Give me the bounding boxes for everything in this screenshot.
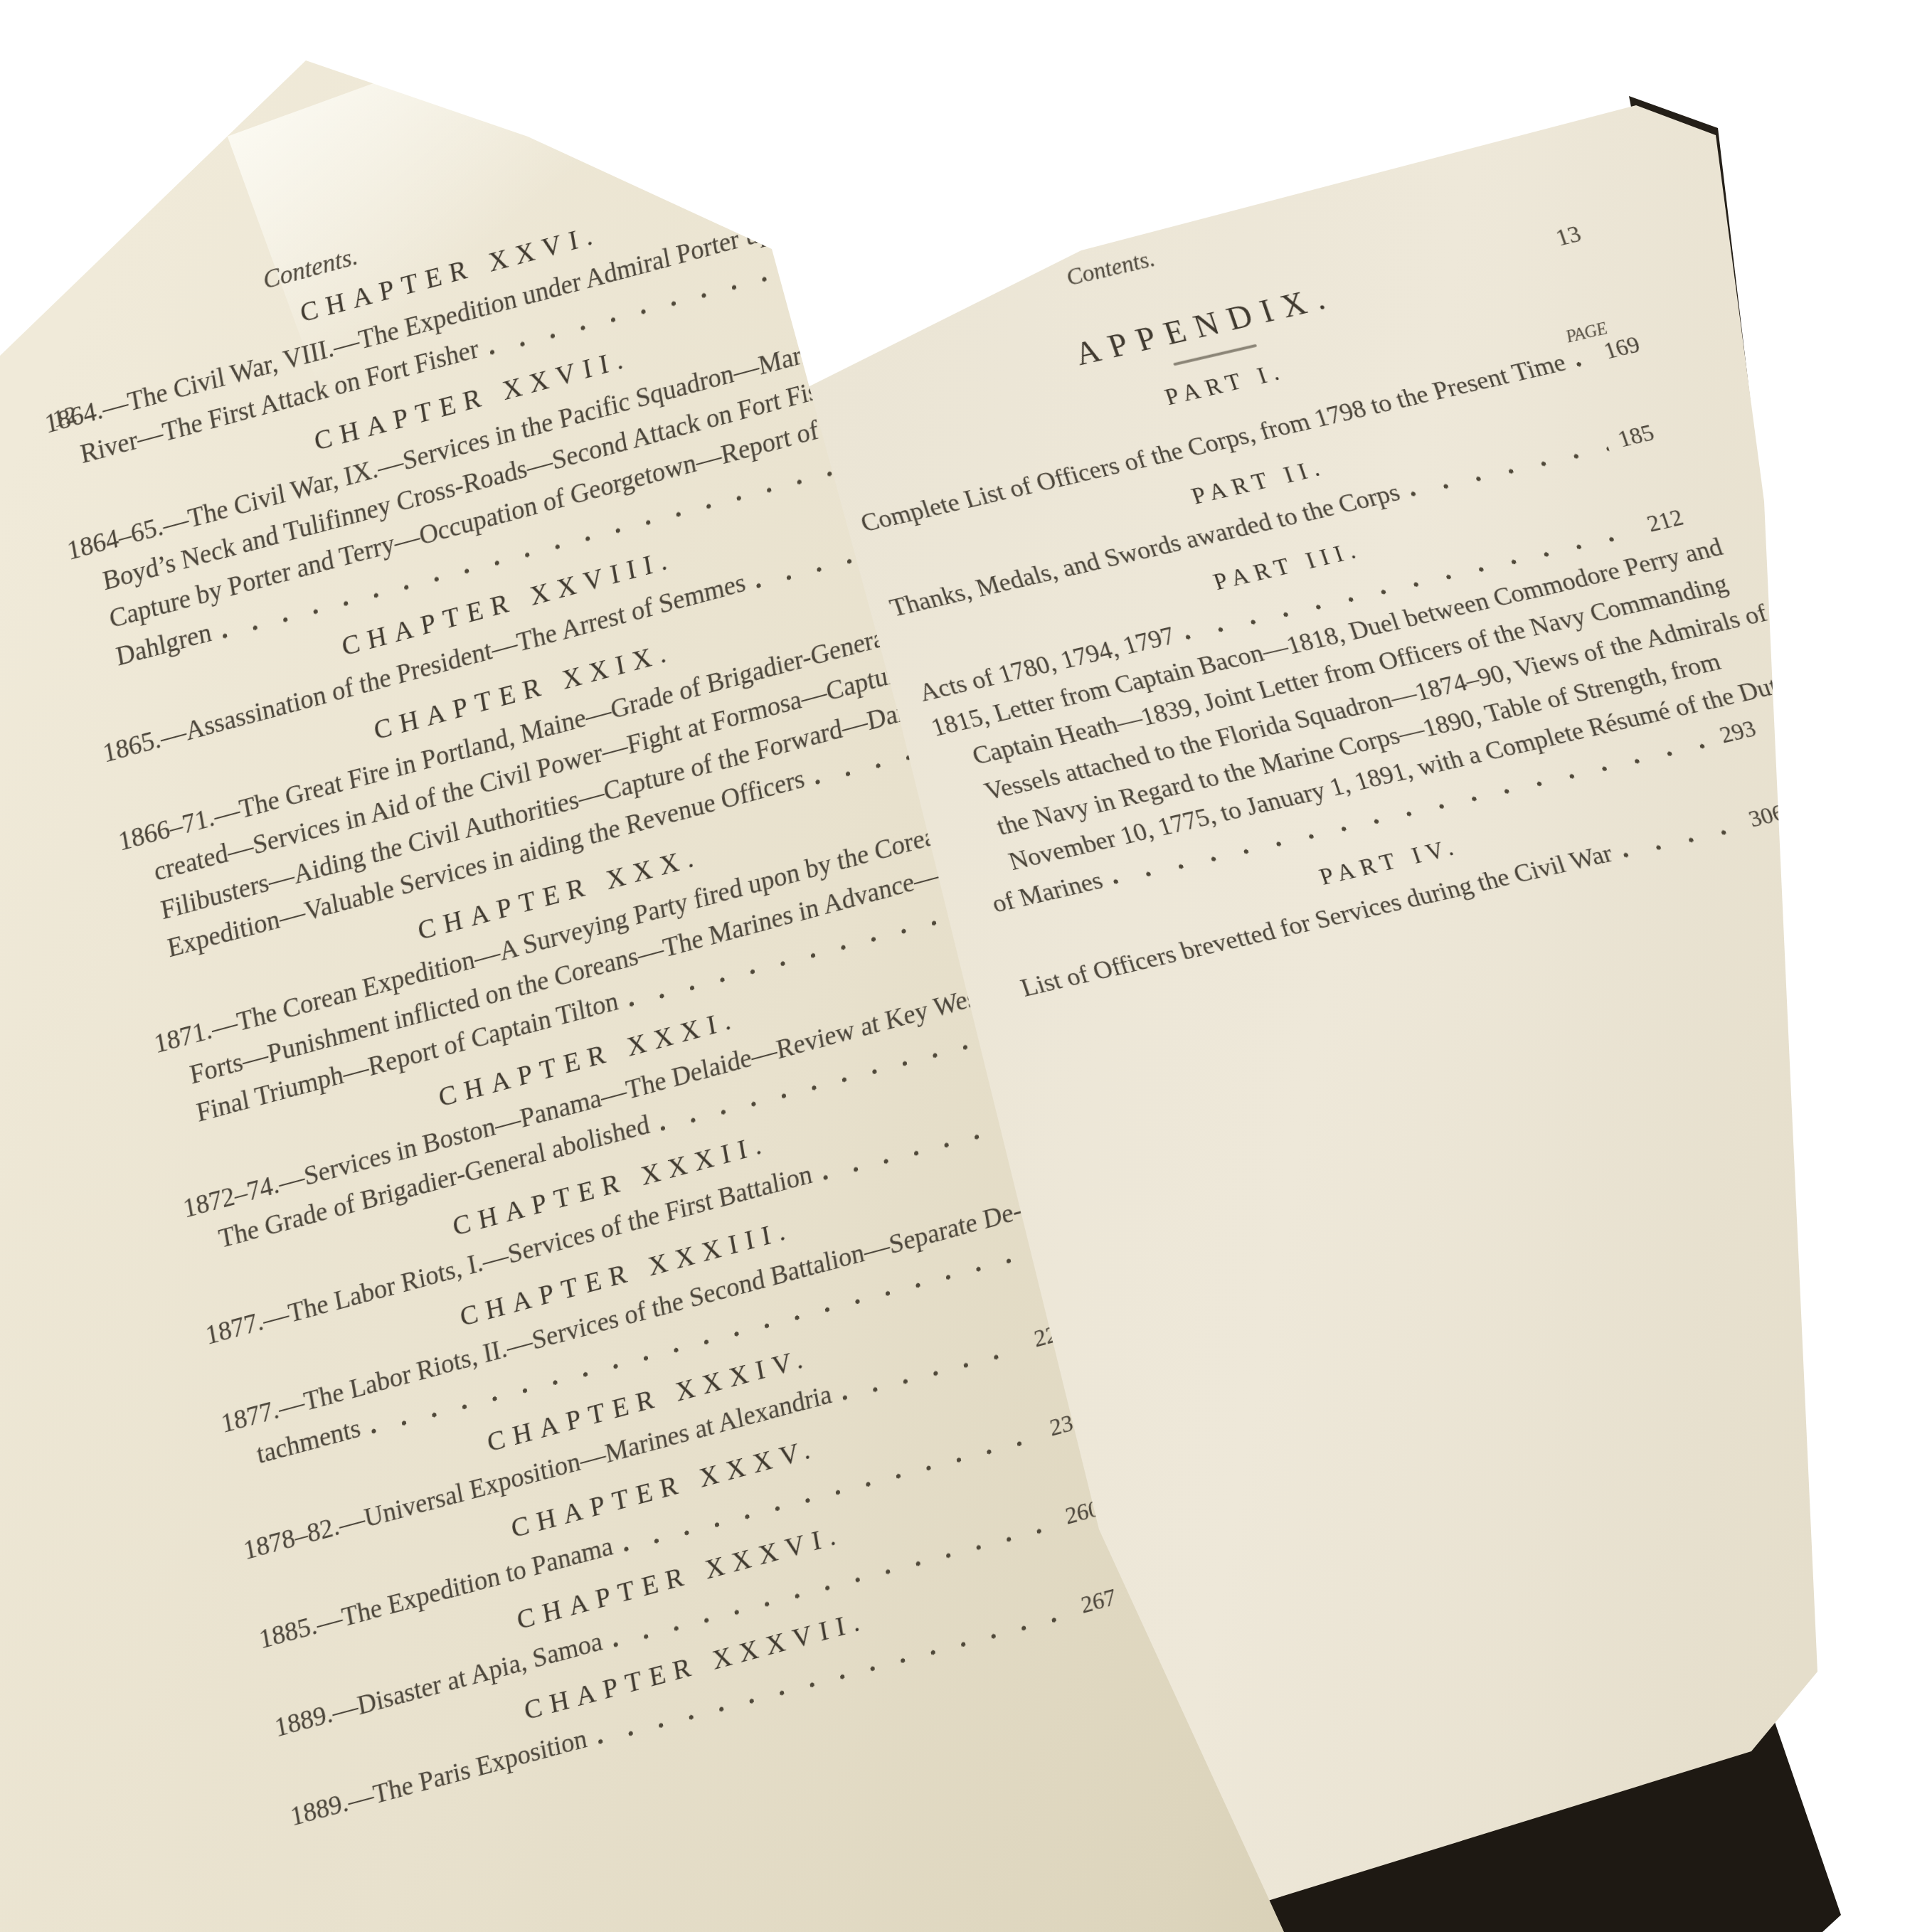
book-photo: Contents. 13 APPENDIX. PART I.PAGEComple… (0, 0, 1932, 1932)
